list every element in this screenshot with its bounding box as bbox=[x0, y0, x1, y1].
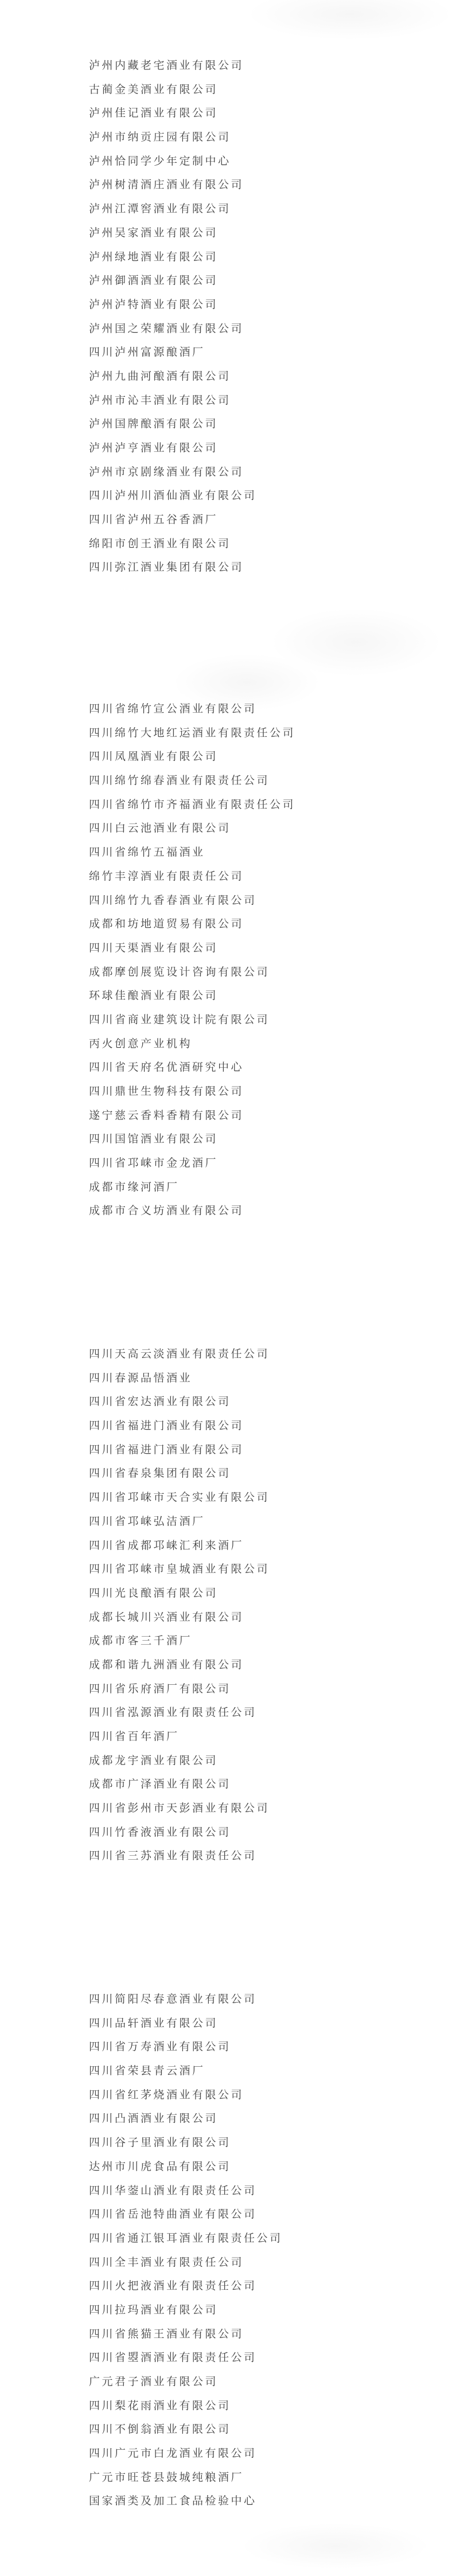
company-list-block-3: 四川天高云淡酒业有限责任公司四川春源品悟酒业四川省宏达酒业有限公司四川省福进门酒… bbox=[89, 1342, 445, 1868]
company-name: 泸州树清酒庄酒业有限公司 bbox=[89, 173, 445, 197]
company-name: 成都市客三千酒厂 bbox=[89, 1629, 445, 1653]
company-name: 泸州佳记酒业有限公司 bbox=[89, 102, 445, 126]
company-name: 四川省邛崃市天合实业有限公司 bbox=[89, 1486, 445, 1510]
company-name: 四川简阳尽春意酒业有限公司 bbox=[89, 1988, 445, 2012]
company-name: 四川天高云淡酒业有限责任公司 bbox=[89, 1342, 445, 1367]
company-name: 四川凸酒酒业有限公司 bbox=[89, 2107, 445, 2131]
company-name: 成都和谐九洲酒业有限公司 bbox=[89, 1653, 445, 1677]
company-name: 四川绵竹大地红运酒业有限责任公司 bbox=[89, 721, 445, 746]
company-name: 四川凤凰酒业有限公司 bbox=[89, 745, 445, 769]
company-name: 成都长城川兴酒业有限公司 bbox=[89, 1606, 445, 1630]
company-name: 泸州吴家酒业有限公司 bbox=[89, 221, 445, 245]
company-name: 泸州泸亨酒业有限公司 bbox=[89, 436, 445, 460]
company-name: 四川光良酿酒有限公司 bbox=[89, 1582, 445, 1606]
company-name: 四川省泸州五谷香酒厂 bbox=[89, 508, 445, 532]
company-name: 四川省绵竹宣公酒业有限公司 bbox=[89, 697, 445, 721]
scan-artifact bbox=[241, 2523, 430, 2569]
company-name: 四川省通江银耳酒业有限责任公司 bbox=[89, 2227, 445, 2251]
company-name: 泸州国之荣耀酒业有限公司 bbox=[89, 317, 445, 341]
company-name: 四川泸州川酒仙酒业有限公司 bbox=[89, 484, 445, 508]
company-name: 四川华蓥山酒业有限责任公司 bbox=[89, 2179, 445, 2203]
scan-artifact bbox=[247, 0, 453, 40]
company-name: 广元市旺苍县鼓城纯粮酒厂 bbox=[89, 2466, 445, 2490]
company-name: 成都和坊地道贸易有限公司 bbox=[89, 912, 445, 936]
company-name: 四川省三苏酒业有限责任公司 bbox=[89, 1844, 445, 1868]
company-name: 四川省熊猫王酒业有限公司 bbox=[89, 2323, 445, 2347]
company-name: 四川省邛崃市皇城酒业有限公司 bbox=[89, 1558, 445, 1582]
company-name: 四川省百年酒厂 bbox=[89, 1725, 445, 1749]
company-name: 四川火把液酒业有限责任公司 bbox=[89, 2274, 445, 2298]
company-name: 丙火创意产业机构 bbox=[89, 1032, 445, 1056]
company-name: 泸州国牌酿酒有限公司 bbox=[89, 412, 445, 436]
company-name: 四川竹香液酒业有限公司 bbox=[89, 1821, 445, 1845]
company-name: 成都市合义坊酒业有限公司 bbox=[89, 1199, 445, 1223]
company-name: 四川省商业建筑设计院有限公司 bbox=[89, 1008, 445, 1032]
company-name: 四川省邛崃弘洁酒厂 bbox=[89, 1510, 445, 1534]
company-name: 四川白云池酒业有限公司 bbox=[89, 817, 445, 841]
company-name: 广元君子酒业有限公司 bbox=[89, 2370, 445, 2394]
company-name: 达州市川虎食品有限公司 bbox=[89, 2155, 445, 2179]
company-name: 四川省荣县青云酒厂 bbox=[89, 2059, 445, 2083]
company-name: 泸州内藏老宅酒业有限公司 bbox=[89, 54, 445, 78]
company-name: 泸州市纳贡庄园有限公司 bbox=[89, 126, 445, 150]
scanned-company-list-page: 泸州内藏老宅酒业有限公司古蔺金美酒业有限公司泸州佳记酒业有限公司泸州市纳贡庄园有… bbox=[0, 0, 456, 2576]
company-name: 泸州御酒酒业有限公司 bbox=[89, 269, 445, 293]
company-name: 成都摩创展览设计咨询有限公司 bbox=[89, 961, 445, 985]
company-name: 环球佳酿酒业有限公司 bbox=[89, 984, 445, 1008]
company-name: 四川省曌酒酒业有限责任公司 bbox=[89, 2346, 445, 2370]
company-name: 四川省乐府酒厂有限公司 bbox=[89, 1677, 445, 1701]
company-name: 四川鼎世生物科技有限公司 bbox=[89, 1080, 445, 1104]
company-name: 四川省岳池特曲酒业有限公司 bbox=[89, 2203, 445, 2227]
company-name: 四川省红茅烧酒业有限公司 bbox=[89, 2083, 445, 2107]
company-name: 绵竹丰淳酒业有限责任公司 bbox=[89, 865, 445, 889]
company-name: 四川春源品悟酒业 bbox=[89, 1367, 445, 1391]
company-name: 四川省绵竹市齐福酒业有限责任公司 bbox=[89, 793, 445, 817]
company-name: 四川品轩酒业有限公司 bbox=[89, 2012, 445, 2036]
company-name: 四川广元市白龙酒业有限公司 bbox=[89, 2442, 445, 2466]
company-name: 四川绵竹绵春酒业有限责任公司 bbox=[89, 769, 445, 793]
company-name: 四川省宏达酒业有限公司 bbox=[89, 1390, 445, 1414]
company-name: 绵阳市创王酒业有限公司 bbox=[89, 532, 445, 556]
company-name: 成都市缘河酒厂 bbox=[89, 1176, 445, 1200]
company-list-block-4: 四川简阳尽春意酒业有限公司四川品轩酒业有限公司四川省万寿酒业有限公司四川省荣县青… bbox=[89, 1988, 445, 2513]
company-name: 四川省福进门酒业有限公司 bbox=[89, 1414, 445, 1438]
company-name: 四川全丰酒业有限责任公司 bbox=[89, 2251, 445, 2275]
company-name: 成都市广泽酒业有限公司 bbox=[89, 1773, 445, 1797]
company-name: 四川不倒翁酒业有限公司 bbox=[89, 2418, 445, 2442]
company-name: 四川省泓源酒业有限责任公司 bbox=[89, 1701, 445, 1725]
company-name: 四川省成都邛崃汇利来酒厂 bbox=[89, 1534, 445, 1558]
company-name: 泸州九曲河酿酒有限公司 bbox=[89, 365, 445, 389]
company-name: 四川省邛崃市金龙酒厂 bbox=[89, 1152, 445, 1176]
company-name: 四川梨花雨酒业有限公司 bbox=[89, 2394, 445, 2418]
company-name: 四川拉玛酒业有限公司 bbox=[89, 2298, 445, 2323]
company-name: 泸州江潭窖酒业有限公司 bbox=[89, 197, 445, 221]
company-name: 四川省春泉集团有限公司 bbox=[89, 1462, 445, 1486]
company-name: 国家酒类及加工食品检验中心 bbox=[89, 2489, 445, 2513]
company-name: 四川国馆酒业有限公司 bbox=[89, 1127, 445, 1152]
company-name: 四川省彭州市天彭酒业有限公司 bbox=[89, 1797, 445, 1821]
scan-artifact bbox=[270, 608, 442, 677]
company-name: 泸州泸特酒业有限公司 bbox=[89, 293, 445, 317]
company-list-block-2: 四川省绵竹宣公酒业有限公司四川绵竹大地红运酒业有限责任公司四川凤凰酒业有限公司四… bbox=[89, 697, 445, 1223]
company-name: 四川省福进门酒业有限公司 bbox=[89, 1438, 445, 1462]
company-name: 遂宁慈云香料香精有限公司 bbox=[89, 1104, 445, 1128]
company-name: 四川弥江酒业集团有限公司 bbox=[89, 556, 445, 580]
company-name: 四川省万寿酒业有限公司 bbox=[89, 2035, 445, 2059]
company-name: 四川省天府名优酒研究中心 bbox=[89, 1056, 445, 1080]
company-name: 四川天渠酒业有限公司 bbox=[89, 936, 445, 961]
company-name: 四川省绵竹五福酒业 bbox=[89, 841, 445, 865]
company-name: 泸州恰同学少年定制中心 bbox=[89, 150, 445, 174]
company-name: 泸州市京剧缘酒业有限公司 bbox=[89, 460, 445, 485]
company-name: 泸州市沁丰酒业有限公司 bbox=[89, 389, 445, 413]
company-name: 四川绵竹九香春酒业有限公司 bbox=[89, 889, 445, 913]
company-name: 泸州绿地酒业有限公司 bbox=[89, 245, 445, 270]
company-name: 古蔺金美酒业有限公司 bbox=[89, 78, 445, 102]
company-name: 成都龙宇酒业有限公司 bbox=[89, 1749, 445, 1773]
company-name: 四川谷子里酒业有限公司 bbox=[89, 2131, 445, 2155]
company-list-block-1: 泸州内藏老宅酒业有限公司古蔺金美酒业有限公司泸州佳记酒业有限公司泸州市纳贡庄园有… bbox=[89, 54, 445, 580]
company-name: 四川泸州富源酿酒厂 bbox=[89, 341, 445, 365]
